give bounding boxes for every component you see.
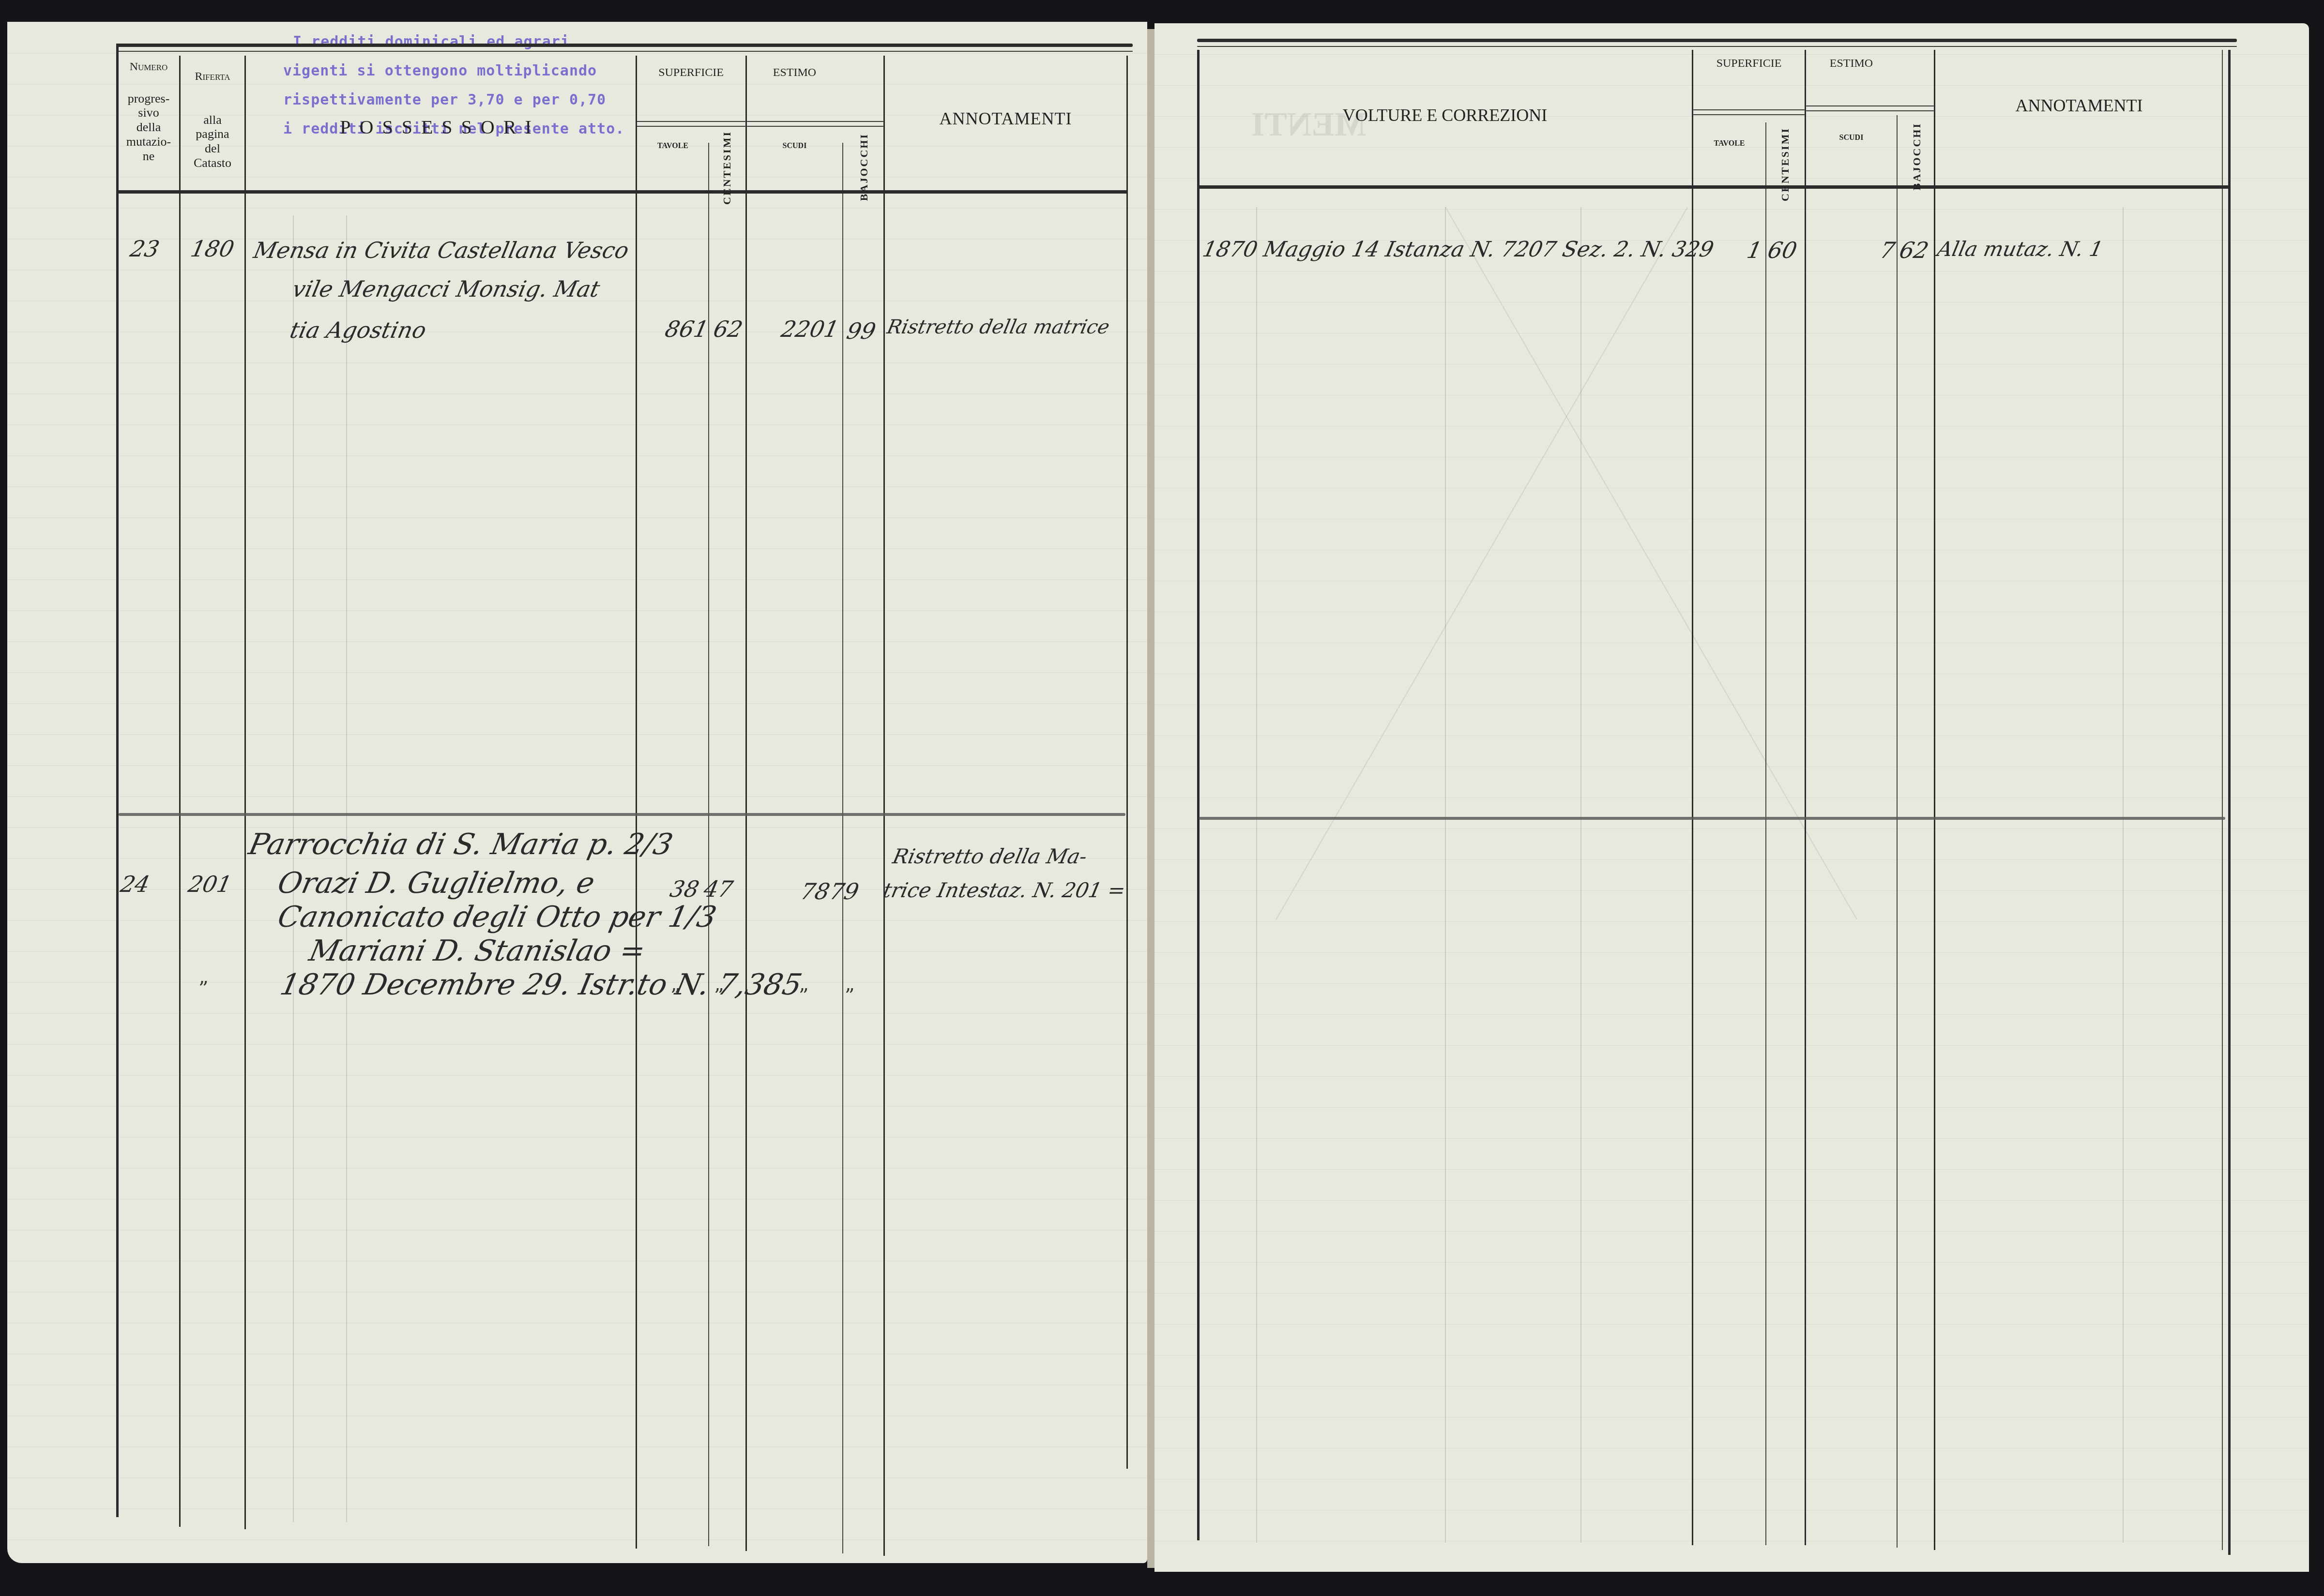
header-riferta-title: Riferta [182, 70, 243, 84]
entry-annotamenti: Ristretto della matrice [885, 316, 1111, 338]
cancel-stroke [1445, 207, 1857, 919]
col-divider-scudi [842, 143, 843, 1553]
superficie-subrule [637, 126, 745, 127]
header-volture: VOLTURE E CORREZIONI [1200, 105, 1689, 125]
table-right-border-inner [2222, 50, 2223, 1550]
entry-tavole: 38 [668, 876, 701, 902]
ditto-centesimi: ” [714, 985, 724, 1007]
superficie-subrule [1693, 114, 1805, 115]
header-estimo: ESTIMO [1806, 57, 1897, 71]
entry-numero: 24 [118, 871, 152, 897]
entry-possessori-line-2: vile Mengacci Monsig. Mat [290, 276, 602, 302]
entry-centesimi: 62 [711, 316, 745, 342]
estimo-subrule [1806, 105, 1934, 106]
header-scudi: SCUDI [747, 142, 842, 151]
table-top-rule [1197, 39, 2237, 42]
faint-rule [2123, 207, 2124, 1543]
header-bajocchi: BAJOCCHI [858, 133, 870, 201]
entry-riferta: 201 [186, 871, 234, 897]
entry-riferta: 180 [188, 236, 236, 262]
header-superficie: SUPERFICIE [1693, 57, 1805, 71]
header-centesimi: CENTESIMI [1779, 127, 1792, 201]
entry-centesimi: 60 [1765, 237, 1799, 263]
col-divider-possessori [636, 56, 637, 1549]
header-annotamenti: ANNOTAMENTI [1936, 96, 2222, 116]
table-top-rule-inner [116, 51, 1133, 52]
header-bajocchi: BAJOCCHI [1911, 122, 1923, 190]
col-divider-riferta [244, 56, 246, 1529]
header-bottom-rule [116, 190, 1128, 194]
entry-possessori-line-4: Mariani D. Stanislao = [306, 934, 649, 968]
header-tavole: TAVOLE [1693, 139, 1765, 148]
entry-bajocchi: 62 [1897, 237, 1931, 263]
entry-tavole: 1 [1745, 237, 1764, 263]
col-divider-estimo [883, 56, 885, 1556]
entry-annotamenti: Alla mutaz. N. 1 [1935, 237, 2105, 261]
header-riferta-body: alla pagina del Catasto [182, 113, 243, 171]
entry-scudi: 2201 [779, 316, 841, 342]
header-annotamenti: ANNOTAMENTI [886, 109, 1125, 129]
right-page: MENTI VOLTURE E CORREZIONI SUPERFICIE TA… [1154, 23, 2309, 1572]
header-centesimi: CENTESIMI [721, 131, 733, 205]
entry-possessori-line-3: Canonicato degli Otto per 1/3 [275, 900, 719, 934]
col-divider-superficie [745, 56, 747, 1551]
col-divider-estimo [1934, 50, 1935, 1550]
ditto-bajocchi: ” [845, 985, 854, 1007]
faint-rule [1256, 207, 1257, 1543]
header-numero: Numero progres- sivo della mutazio- ne [120, 60, 178, 164]
header-numero-title: Numero [120, 60, 178, 74]
entry-annotamenti-line-2: trice Intestaz. N. 201 = [881, 878, 1128, 902]
col-divider-scudi [1897, 115, 1898, 1548]
col-divider-volture [1692, 50, 1693, 1545]
superficie-subrule [637, 121, 745, 122]
entry-scudi: 7 [1878, 237, 1898, 263]
entry-annotamenti-line-1: Ristretto della Ma- [891, 844, 1089, 868]
entry-bajocchi: 99 [844, 318, 878, 344]
entry-possessori-line-1: Mensa in Civita Castellana Vesco [251, 237, 631, 263]
entry-numero: 23 [128, 236, 162, 262]
stamp-line-2: vigenti si ottengono moltiplicando [283, 57, 624, 86]
entry-volture: 1870 Maggio 14 Istanza N. 7207 Sez. 2. N… [1200, 237, 1716, 262]
row-divider [119, 813, 1125, 816]
col-divider-numero [179, 56, 181, 1527]
header-estimo: ESTIMO [747, 66, 842, 80]
estimo-subrule [747, 126, 883, 127]
entry-scudi: 78 [798, 878, 832, 904]
ditto-scudi: ” [799, 985, 808, 1007]
header-superficie: SUPERFICIE [637, 66, 745, 80]
row-divider [1199, 817, 2225, 820]
col-divider-tavole [1765, 122, 1766, 1545]
cancel-stroke [1276, 207, 1688, 920]
faint-rule [1580, 207, 1581, 1543]
superficie-subrule [1693, 109, 1805, 110]
ditto-riferta: ” [198, 978, 208, 1000]
header-bottom-rule [1198, 185, 2229, 189]
stamp-line-3: rispettivamente per 3,70 e per 0,70 [283, 86, 624, 115]
ditto-tavole: ” [670, 985, 680, 1007]
entry-bajocchi: 79 [827, 878, 861, 904]
left-page: I redditi dominicali ed agrari vigenti s… [7, 22, 1147, 1563]
header-numero-body: progres- sivo della mutazio- ne [120, 91, 178, 164]
table-right-border-outer [2228, 50, 2231, 1555]
entry-tavole: 861 [663, 316, 711, 342]
col-divider-tavole [708, 143, 709, 1546]
table-right-border [1126, 56, 1128, 1469]
table-top-rule-inner [1197, 46, 2237, 47]
header-scudi: SCUDI [1806, 134, 1897, 142]
entry-centesimi: 47 [701, 876, 735, 902]
entry-possessori-line-3: tia Agostino [288, 317, 428, 343]
table-top-rule [116, 44, 1133, 47]
estimo-subrule [747, 121, 883, 122]
estimo-subrule [1806, 110, 1934, 111]
entry-possessori-line-1: Parrocchia di S. Maria p. 2/3 [246, 828, 676, 861]
stamp-line-1: I redditi dominicali ed agrari [283, 28, 624, 57]
header-riferta: Riferta alla pagina del Catasto [182, 70, 243, 170]
header-possessori: POSSESSORI [244, 116, 636, 138]
col-divider-superficie [1805, 50, 1806, 1545]
entry-possessori-line-2: Orazi D. Guglielmo, e [275, 866, 598, 900]
header-tavole: TAVOLE [638, 142, 708, 151]
table-left-border [1197, 50, 1200, 1540]
entry-possessori-line-5: 1870 Decembre 29. Istr.to N. 7,385 [277, 968, 805, 1002]
table-left-border [116, 44, 119, 1517]
faint-rule [1445, 207, 1446, 1543]
